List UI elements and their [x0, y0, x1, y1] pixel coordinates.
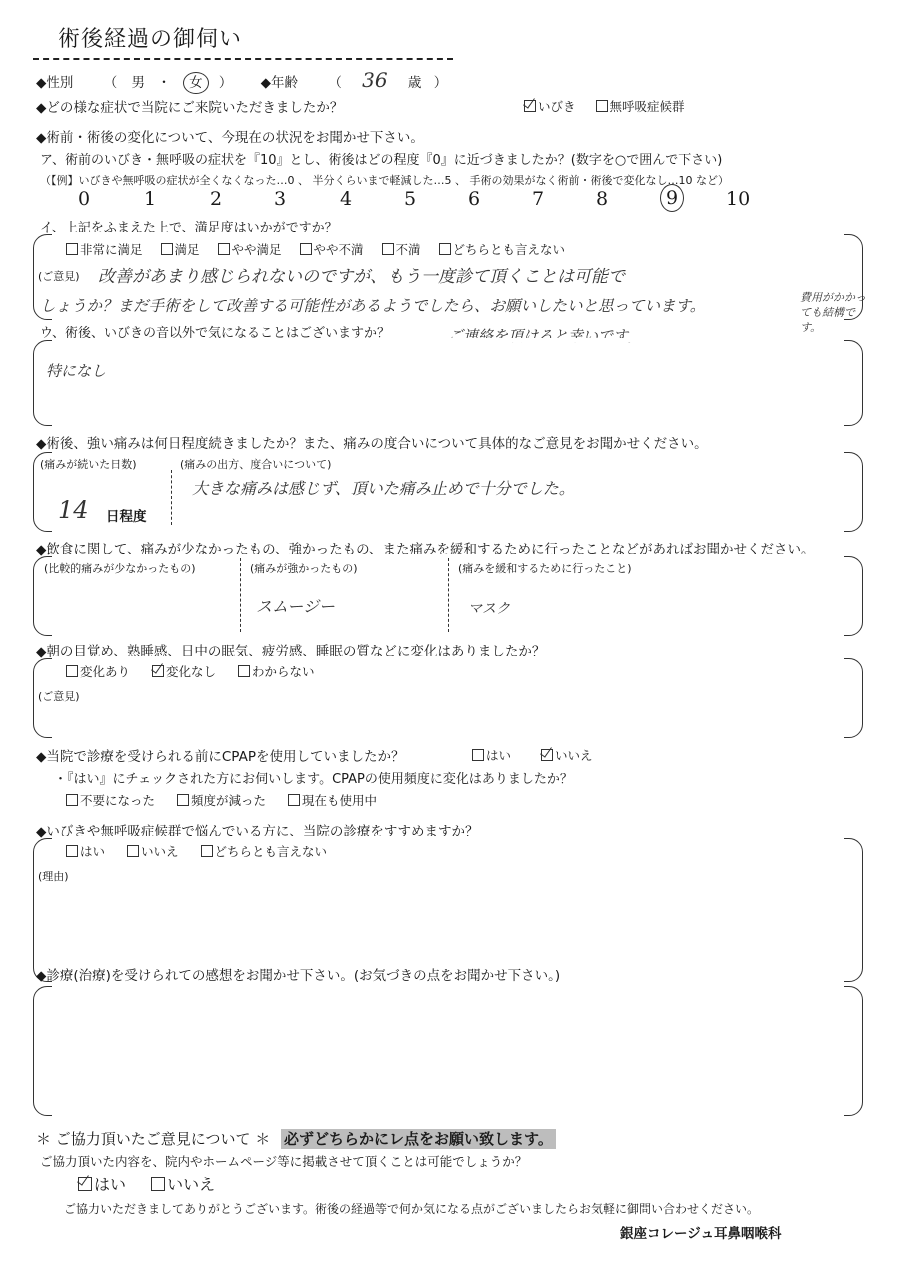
scale-row: 0 1 2 3 4 5 6 7 8 9 10: [78, 188, 778, 214]
title-divider: [33, 58, 453, 60]
checkbox-less-frequent[interactable]: 頻度が減った: [177, 793, 266, 808]
checkbox-icon: [152, 665, 164, 677]
food-divider-2: [448, 558, 449, 632]
age-label: ◆年齢: [261, 75, 298, 91]
food-divider-1: [240, 558, 241, 632]
scale-5[interactable]: 5: [404, 188, 416, 210]
checkbox-icon: [66, 665, 78, 677]
scale-1[interactable]: 1: [144, 188, 156, 210]
scale-10[interactable]: 10: [726, 188, 750, 210]
cpap-sub-question: ・『はい』にチェックされた方にお伺いします。CPAPの使用頻度に変化はありました…: [54, 768, 573, 787]
checkbox-icon: [288, 794, 300, 806]
checkbox-cpap-yes[interactable]: はい: [472, 748, 511, 763]
symptom-question: ◆どの様な症状で当院にご来院いただきましたか？: [36, 96, 343, 116]
checkbox-unknown[interactable]: わからない: [238, 664, 315, 679]
checkbox-icon: [238, 665, 250, 677]
checkbox-recommend-yes[interactable]: はい: [66, 844, 105, 859]
impression-box[interactable]: [33, 986, 863, 1116]
checkbox-cpap-no[interactable]: いいえ: [541, 748, 593, 763]
pain-days-value[interactable]: 14: [58, 496, 89, 524]
clinic-name: 銀座コレージュ耳鼻咽喉科: [620, 1222, 781, 1242]
gender-female-selected[interactable]: 女: [183, 72, 209, 94]
food-col3-label: (痛みを緩和するために行ったこと): [458, 560, 632, 576]
cpap-sub-options: 不要になった 頻度が減った 現在も使用中: [66, 791, 377, 809]
recommend-reason-label: (理由): [38, 868, 69, 884]
sleep-options: 変化あり 変化なし わからない: [66, 662, 315, 680]
pain-days-unit: 日程度: [106, 505, 147, 525]
satisfaction-opinion-margin[interactable]: 費用がかかっても結構です。: [800, 290, 870, 335]
checkbox-consent-no[interactable]: いいえ: [151, 1175, 215, 1194]
thanks-message: ご協力いただきましてありがとうございます。術後の経過等で何か気になる点がございま…: [64, 1200, 759, 1217]
satisfaction-opinion-line2[interactable]: しょうか？まだ手術をして改善する可能性があるようでしたら、お願いしたいと思ってい…: [40, 294, 705, 316]
scale-4[interactable]: 4: [340, 188, 352, 210]
checkbox-somewhat-satisfied[interactable]: やや満足: [218, 242, 282, 257]
sleep-opinion-label: (ご意見): [38, 688, 80, 704]
other-concerns-answer[interactable]: 特になし: [46, 360, 106, 381]
change-sub-a: ア、術前のいびき・無呼吸の症状を『10』とし、術後はどの程度『0』に近づきました…: [40, 149, 722, 168]
gender-row: ◆性別 （ 男 ・ 女 ） ◆年齢 （ 36 歳 ）: [36, 68, 447, 92]
checkbox-icon: [78, 1177, 92, 1191]
checkbox-icon: [218, 243, 230, 255]
checkbox-icon: [127, 845, 139, 857]
pain-degree-answer[interactable]: 大きな痛みは感じず、頂いた痛み止めで十分でした。: [192, 476, 575, 499]
consent-options: はい いいえ: [78, 1172, 215, 1195]
checkbox-no-longer-needed[interactable]: 不要になった: [66, 793, 155, 808]
checkbox-unchanged[interactable]: 変化なし: [152, 664, 216, 679]
satisfaction-options: 非常に満足 満足 やや満足 やや不満 不満 どちらとも言えない: [66, 240, 565, 258]
other-concerns-box: [33, 340, 863, 426]
checkbox-icon: [596, 100, 608, 112]
scale-9-selected[interactable]: 9: [660, 184, 684, 212]
gender-label: ◆性別: [36, 75, 73, 91]
checkbox-recommend-neutral[interactable]: どちらとも言えない: [201, 844, 328, 859]
checkbox-icon: [541, 749, 553, 761]
consent-question: ご協力頂いた内容を、院内やホームページ等に掲載させて頂くことは可能でしょうか？: [40, 1152, 527, 1170]
cpap-question: ◆当院で診療を受けられる前にCPAPを使用していましたか？: [36, 745, 404, 765]
impression-question: ◆診療(治療)を受けられての感想をお聞かせ下さい。(お気づきの点をお聞かせ下さい…: [36, 964, 560, 984]
scale-7[interactable]: 7: [532, 188, 544, 210]
checkbox-icon: [524, 100, 536, 112]
age-value[interactable]: 36: [362, 68, 387, 92]
checkbox-icon: [300, 243, 312, 255]
checkbox-icon: [66, 794, 78, 806]
food-col2-label: (痛みが強かったもの): [250, 560, 358, 576]
food-col3-answer[interactable]: マスク: [468, 598, 510, 618]
checkbox-snoring[interactable]: いびき: [524, 99, 576, 114]
checkbox-consent-yes[interactable]: はい: [78, 1175, 126, 1194]
recommend-options: はい いいえ どちらとも言えない: [66, 842, 327, 860]
consent-heading: ＊ ご協力頂いたご意見について ＊: [36, 1130, 270, 1148]
checkbox-icon: [177, 794, 189, 806]
scale-8[interactable]: 8: [596, 188, 608, 210]
scale-6[interactable]: 6: [468, 188, 480, 210]
gender-male[interactable]: 男: [131, 75, 145, 91]
checkbox-neutral[interactable]: どちらとも言えない: [439, 242, 566, 257]
change-example: （【例】いびきや無呼吸の症状が全くなくなった…0 、 半分くらいまで軽減した…5…: [40, 172, 729, 188]
page-title: 術後経過の御伺い: [58, 22, 242, 53]
consent-emphasis: 必ずどちらかにレ点をお願い致します。: [281, 1129, 556, 1149]
satisfaction-opinion-line1[interactable]: 改善があまり感じられないのですが、もう一度診て頂くことは可能で: [98, 262, 625, 287]
consent-heading-row: ＊ ご協力頂いたご意見について ＊ 必ずどちらかにレ点をお願い致します。: [36, 1128, 556, 1149]
checkbox-icon: [382, 243, 394, 255]
symptom-options: いびき 無呼吸症候群: [524, 97, 685, 115]
checkbox-still-using[interactable]: 現在も使用中: [288, 793, 377, 808]
checkbox-very-satisfied[interactable]: 非常に満足: [66, 242, 143, 257]
cpap-options: はい いいえ: [472, 746, 593, 764]
checkbox-recommend-no[interactable]: いいえ: [127, 844, 179, 859]
checkbox-satisfied[interactable]: 満足: [161, 242, 200, 257]
checkbox-icon: [439, 243, 451, 255]
scale-0[interactable]: 0: [78, 188, 90, 210]
scale-2[interactable]: 2: [210, 188, 222, 210]
pain-question: ◆術後、強い痛みは何日程度続きましたか？また、痛みの度合いについて具体的なご意見…: [36, 432, 708, 452]
checkbox-icon: [151, 1177, 165, 1191]
checkbox-changed[interactable]: 変化あり: [66, 664, 130, 679]
checkbox-icon: [66, 845, 78, 857]
checkbox-icon: [201, 845, 213, 857]
pain-divider: [171, 470, 172, 525]
checkbox-apnea[interactable]: 無呼吸症候群: [596, 99, 685, 114]
satisfaction-opinion-label: (ご意見): [38, 268, 80, 284]
food-col2-answer[interactable]: スムージー: [256, 594, 335, 617]
scale-3[interactable]: 3: [274, 188, 286, 210]
checkbox-dissatisfied[interactable]: 不満: [382, 242, 421, 257]
pain-days-label: (痛みが続いた日数): [40, 456, 137, 472]
checkbox-icon: [472, 749, 484, 761]
food-col1-label: (比較的痛みが少なかったもの): [44, 560, 196, 576]
pain-degree-label: (痛みの出方、度合いについて): [180, 456, 331, 472]
checkbox-somewhat-dissatisfied[interactable]: やや不満: [300, 242, 364, 257]
change-question: ◆術前・術後の変化について、今現在の状況をお聞かせ下さい。: [36, 126, 424, 146]
checkbox-icon: [161, 243, 173, 255]
checkbox-icon: [66, 243, 78, 255]
